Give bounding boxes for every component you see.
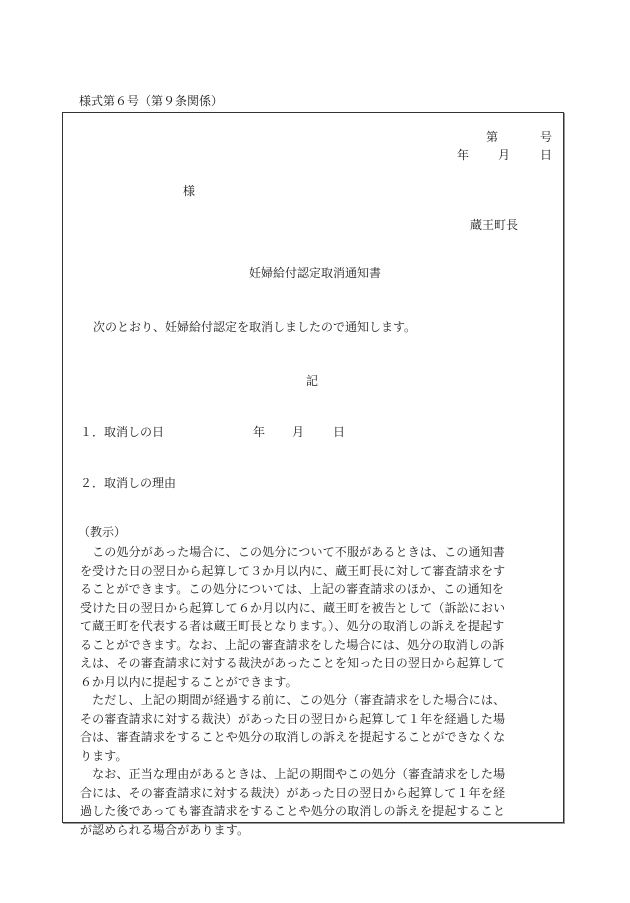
item-cancellation-reason-label: ２．取消しの理由 [80,476,176,490]
item-cancellation-date-year: 年 [253,425,265,439]
notice-line: えは、その審査請求に対する裁決があったことを知った日の翌日から起算して [80,654,558,673]
notice-line: を受けた日の翌日から起算して３か月以内に、蔵王町長に対して審査請求をす [80,562,558,581]
document-title: 妊婦給付認定取消通知書 [0,266,630,280]
notice-line: なお、正当な理由があるときは、上記の期間やこの処分（審査請求をした場 [80,765,558,784]
issue-date-year: 年 [457,148,469,162]
notice-line: ることができます。この処分については、上記の審査請求のほか、この通知を [80,580,558,599]
issue-date-day: 日 [540,148,552,162]
notice-line: て蔵王町を代表する者は蔵王町長となります。）、処分の取消しの訴えを提起す [80,617,558,636]
sender-name: 蔵王町長 [470,218,518,232]
notice-line: 受けた日の翌日から起算して６か月以内に、蔵王町を被告として（訴訟におい [80,599,558,618]
notice-body: この処分があった場合に、この処分について不服があるときは、この通知書 を受けた日… [80,543,558,839]
form-number-label: 様式第６号（第９条関係） [79,94,223,108]
item-cancellation-date-day: 日 [333,425,345,439]
notice-line: この処分があった場合に、この処分について不服があるときは、この通知書 [80,543,558,562]
document-number-prefix: 第 [486,130,498,144]
notice-line: 合は、審査請求をすることや処分の取消しの訴えを提起することができなくな [80,728,558,747]
ki-heading: 記 [306,374,318,388]
item-cancellation-date-label: １．取消しの日 [80,425,164,439]
issue-date-month: 月 [498,148,510,162]
notice-line: 合には、その審査請求に対する裁決）があった日の翌日から起算して１年を経 [80,784,558,803]
notice-line: ります。 [80,747,558,766]
document-number-suffix: 号 [540,130,552,144]
notice-line: ６か月以内に提起することができます。 [80,673,558,692]
addressee-honorific: 様 [183,184,195,198]
notice-line: その審査請求に対する裁決）があった日の翌日から起算して１年を経過した場 [80,710,558,729]
notice-line: 過した後であっても審査請求をすることや処分の取消しの訴えを提起すること [80,802,558,821]
notice-line: ることができます。なお、上記の審査請求をした場合には、処分の取消しの訴 [80,636,558,655]
intro-text: 次のとおり、妊婦給付認定を取消しましたので通知します。 [93,320,416,334]
notice-line: ただし、上記の期間が経過する前に、この処分（審査請求をした場合には、 [80,691,558,710]
notice-heading: （教示） [78,525,126,539]
notice-line: が認められる場合があります。 [80,821,558,840]
item-cancellation-date-month: 月 [292,425,304,439]
